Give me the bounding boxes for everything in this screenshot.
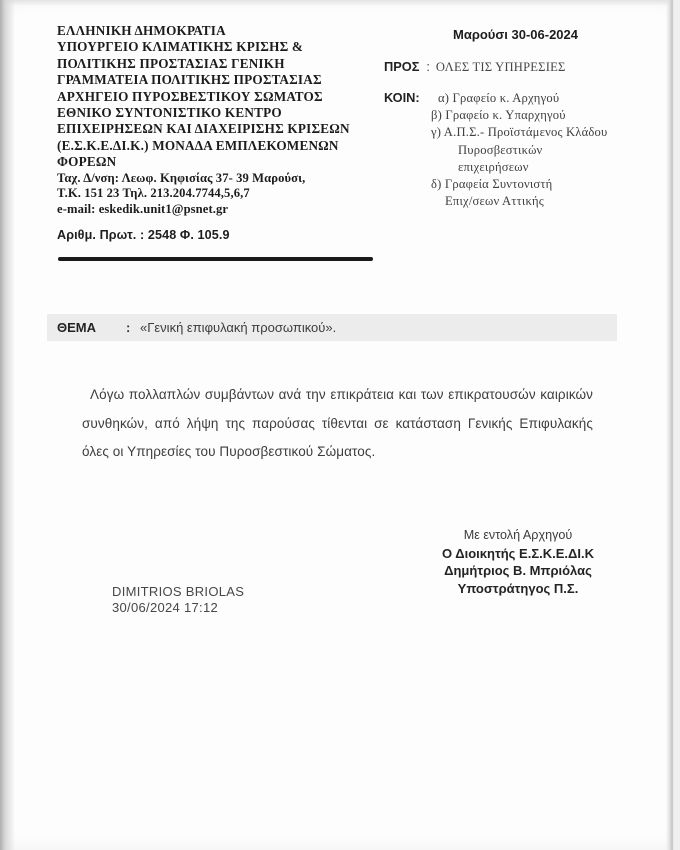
- cc-item: Πυροσβεστικών: [458, 142, 607, 159]
- postal-address: Ταχ. Δ/νση: Λεωφ. Κηφισίας 37- 39 Μαρούσ…: [57, 171, 387, 187]
- email-address: e-mail: eskedik.unit1@psnet.gr: [57, 202, 387, 218]
- cc-item: α) Γραφείο κ. Αρχηγού: [438, 90, 607, 107]
- signature-by-order: Με εντολή Αρχηγού: [428, 527, 608, 545]
- stamp-datetime: 30/06/2024 17:12: [112, 600, 244, 616]
- signature-rank: Υποστράτηγος Π.Σ.: [428, 580, 608, 598]
- to-separator: :: [426, 60, 430, 74]
- subject-text: «Γενική επιφυλακή προσωπικού».: [140, 314, 336, 341]
- cc-item: δ) Γραφεία Συντονιστή: [431, 176, 607, 193]
- horizontal-rule: [58, 257, 373, 261]
- subject-band: ΘΕΜΑ : «Γενική επιφυλακή προσωπικού».: [47, 314, 617, 341]
- document-date: Μαρούσι 30-06-2024: [453, 27, 578, 42]
- protocol-number: Αριθμ. Πρωτ. : 2548 Φ. 105.9: [57, 228, 230, 242]
- org-line: ΓΡΑΜΜΑΤΕΙΑ ΠΟΛΙΤΙΚΗΣ ΠΡΟΣΤΑΣΙΑΣ: [57, 72, 387, 88]
- to-label: ΠΡΟΣ: [384, 59, 419, 74]
- recipients-row: ΠΡΟΣ:ΟΛΕΣ ΤΙΣ ΥΠΗΡΕΣΙΕΣ: [384, 59, 566, 75]
- signature-title: Ο Διοικητής Ε.Σ.Κ.Ε.ΔΙ.Κ: [428, 545, 608, 563]
- postal-code-phone: Τ.Κ. 151 23 Τηλ. 213.204.7744,5,6,7: [57, 186, 387, 202]
- org-line: ΕΠΙΧΕΙΡΗΣΕΩΝ ΚΑΙ ΔΙΑΧΕΙΡΙΣΗΣ ΚΡΙΣΕΩΝ: [57, 121, 387, 137]
- org-line: ΦΟΡΕΩΝ: [57, 154, 387, 170]
- cc-block: ΚΟΙΝ: α) Γραφείο κ. Αρχηγού β) Γραφείο κ…: [384, 90, 607, 210]
- to-value: ΟΛΕΣ ΤΙΣ ΥΠΗΡΕΣΙΕΣ: [436, 60, 566, 74]
- subject-separator: :: [126, 314, 130, 341]
- cc-item: επιχειρήσεων: [458, 159, 607, 176]
- body-paragraph: Λόγω πολλαπλών συμβάντων ανά την επικράτ…: [82, 381, 593, 467]
- document-page: ΕΛΛΗΝΙΚΗ ΔΗΜΟΚΡΑΤΙΑ ΥΠΟΥΡΓΕΙΟ ΚΛΙΜΑΤΙΚΗΣ…: [0, 0, 680, 850]
- org-line: ΠΟΛΙΤΙΚΗΣ ΠΡΟΣΤΑΣΙΑΣ ΓΕΝΙΚΗ: [57, 56, 387, 72]
- cc-item: γ) Α.Π.Σ.- Προϊστάμενος Κλάδου: [431, 124, 607, 141]
- org-line: ΥΠΟΥΡΓΕΙΟ ΚΛΙΜΑΤΙΚΗΣ ΚΡΙΣΗΣ &: [57, 39, 387, 55]
- org-line: ΕΘΝΙΚΟ ΣΥΝΤΟΝΙΣΤΙΚΟ ΚΕΝΤΡΟ: [57, 105, 387, 121]
- digital-signature-stamp: DIMITRIOS BRIOLAS 30/06/2024 17:12: [112, 584, 244, 616]
- cc-item: Επιχ/σεων Αττικής: [445, 193, 607, 210]
- signature-block: Με εντολή Αρχηγού Ο Διοικητής Ε.Σ.Κ.Ε.ΔΙ…: [428, 527, 608, 597]
- stamp-name: DIMITRIOS BRIOLAS: [112, 584, 244, 600]
- org-line: ΑΡΧΗΓΕΙΟ ΠΥΡΟΣΒΕΣΤΙΚΟΥ ΣΩΜΑΤΟΣ: [57, 89, 387, 105]
- subject-label: ΘΕΜΑ: [57, 314, 96, 341]
- cc-item: β) Γραφείο κ. Υπαρχηγού: [431, 107, 607, 124]
- org-line: (Ε.Σ.Κ.Ε.ΔΙ.Κ.) ΜΟΝΑΔΑ ΕΜΠΛΕΚΟΜΕΝΩΝ: [57, 138, 387, 154]
- letterhead: ΕΛΛΗΝΙΚΗ ΔΗΜΟΚΡΑΤΙΑ ΥΠΟΥΡΓΕΙΟ ΚΛΙΜΑΤΙΚΗΣ…: [57, 23, 387, 218]
- cc-label: ΚΟΙΝ:: [384, 90, 420, 105]
- photo-top-edge: [0, 0, 680, 6]
- photo-left-edge: [0, 0, 15, 850]
- photo-right-edge: [666, 0, 680, 850]
- signature-name: Δημήτριος Β. Μπριόλας: [428, 562, 608, 580]
- org-line: ΕΛΛΗΝΙΚΗ ΔΗΜΟΚΡΑΤΙΑ: [57, 23, 387, 39]
